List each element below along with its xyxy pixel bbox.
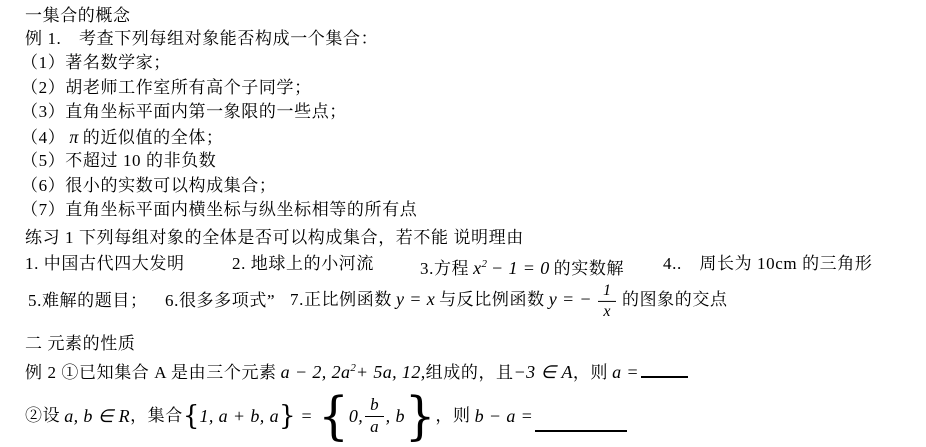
example1-item-7: （7）直角坐标平面内横坐标与纵坐标相等的所有点 [21, 200, 417, 220]
elements-math-2: + 5a, 12, [356, 362, 426, 382]
section2-heading: 二 元素的性质 [25, 334, 135, 354]
fraction-one-over-x: 1x [598, 282, 616, 320]
proportional-function: y = x [396, 289, 435, 309]
example2-mid: 组成的，且 [426, 363, 514, 382]
section1-heading: 一集合的概念 [25, 6, 131, 26]
practice1-intro: 练习 1 下列每组对象的全体是否可以构成集合，若不能 说明理由 [25, 228, 524, 248]
practice1-item-6: 6.很多多项式” [165, 291, 275, 311]
b-minus-a-equals: b − a = [475, 406, 534, 426]
example2-prefix: 例 2 ①已知集合 A 是由三个元素 [25, 363, 277, 382]
part2-then: ，则 [435, 406, 470, 426]
fraction-numerator: b [365, 396, 384, 417]
item7-label: 7.正比例函数 [290, 290, 392, 309]
fraction-numerator: 1 [598, 282, 616, 302]
exponent: 2 [482, 258, 488, 270]
example2-part2: ②设 a, b ∈ R ，集合 { 1, a + b, a } = { 0, b… [25, 389, 627, 443]
left-brace-large: { [318, 390, 349, 442]
practice1-item-2: 2. 地球上的小河流 [232, 254, 374, 274]
item3-text: 的实数解 [554, 259, 624, 278]
answer-blank-b [535, 416, 627, 432]
practice1-item-1: 1. 中国古代四大发明 [25, 254, 185, 274]
left-brace-medium: { [183, 402, 200, 429]
practice1-row-1: 1. 中国古代四大发明 2. 地球上的小河流 3.方程x2− 1 = 0的实数解… [0, 254, 926, 274]
equation-variable: x [473, 258, 481, 278]
item4-number: （4） [21, 128, 65, 147]
practice1-item-3: 3.方程x2− 1 = 0的实数解 [420, 254, 624, 279]
item7-text: 的图象的交点 [622, 290, 728, 309]
fraction-denominator: x [598, 302, 616, 321]
example1-item-4: （4）π的近似值的全体； [21, 127, 224, 148]
set2-element-2: , b [386, 406, 405, 426]
example1-item-1: （1）著名数学家； [21, 53, 171, 73]
equals-sign: = [302, 406, 313, 426]
membership-math: −3 ∈ A [514, 362, 573, 382]
practice1-item-7: 7.正比例函数y = x与反比例函数y = −1x的图象的交点 [290, 282, 728, 320]
inverse-function-head: y = − [549, 289, 592, 309]
set2-element-1: 0, [349, 406, 363, 426]
example1-item-5: （5）不超过 10 的非负数 [21, 151, 216, 171]
practice1-item-4: 4.. 周长为 10cm 的三角形 [663, 254, 872, 274]
part2-prefix: ②设 [25, 406, 60, 426]
practice1-row-2: 5.难解的题目； 6.很多多项式” 7.正比例函数y = x与反比例函数y = … [0, 278, 926, 324]
answer-blank-a [641, 363, 688, 378]
right-brace-large: } [405, 390, 436, 442]
example1-item-3: （3）直角坐标平面内第一象限的一些点； [21, 102, 347, 122]
fraction-b-over-a: ba [365, 396, 384, 436]
item4-text: 的近似值的全体； [83, 128, 224, 147]
part2-mid: ，集合 [130, 406, 183, 426]
worksheet-page: 一集合的概念 例 1. 考查下列每组对象能否构成一个集合： （1）著名数学家； … [0, 0, 926, 447]
example1-intro: 例 1. 考查下列每组对象能否构成一个集合： [25, 29, 378, 49]
practice1-item-5: 5.难解的题目； [28, 291, 148, 311]
elements-math-1: a − 2, 2a [281, 362, 351, 382]
right-brace-medium: } [279, 402, 296, 429]
ab-in-r-math: a, b ∈ R [64, 406, 130, 426]
fraction-denominator: a [365, 417, 384, 437]
example1-item-6: （6）很小的实数可以构成集合； [21, 176, 277, 196]
item7-mid: 与反比例函数 [439, 290, 545, 309]
example1-item-2: （2）胡老师工作室所有高个子同学； [21, 78, 312, 98]
example2-then: ，则 [573, 363, 608, 382]
a-equals: a = [612, 362, 639, 382]
pi-symbol: π [69, 127, 78, 147]
item3-label: 3.方程 [420, 259, 469, 278]
equation-rest: − 1 = 0 [491, 258, 550, 278]
example2-part1: 例 2 ①已知集合 A 是由三个元素a − 2, 2a2+ 5a, 12,组成的… [25, 358, 688, 383]
set1-content: 1, a + b, a [199, 406, 279, 426]
